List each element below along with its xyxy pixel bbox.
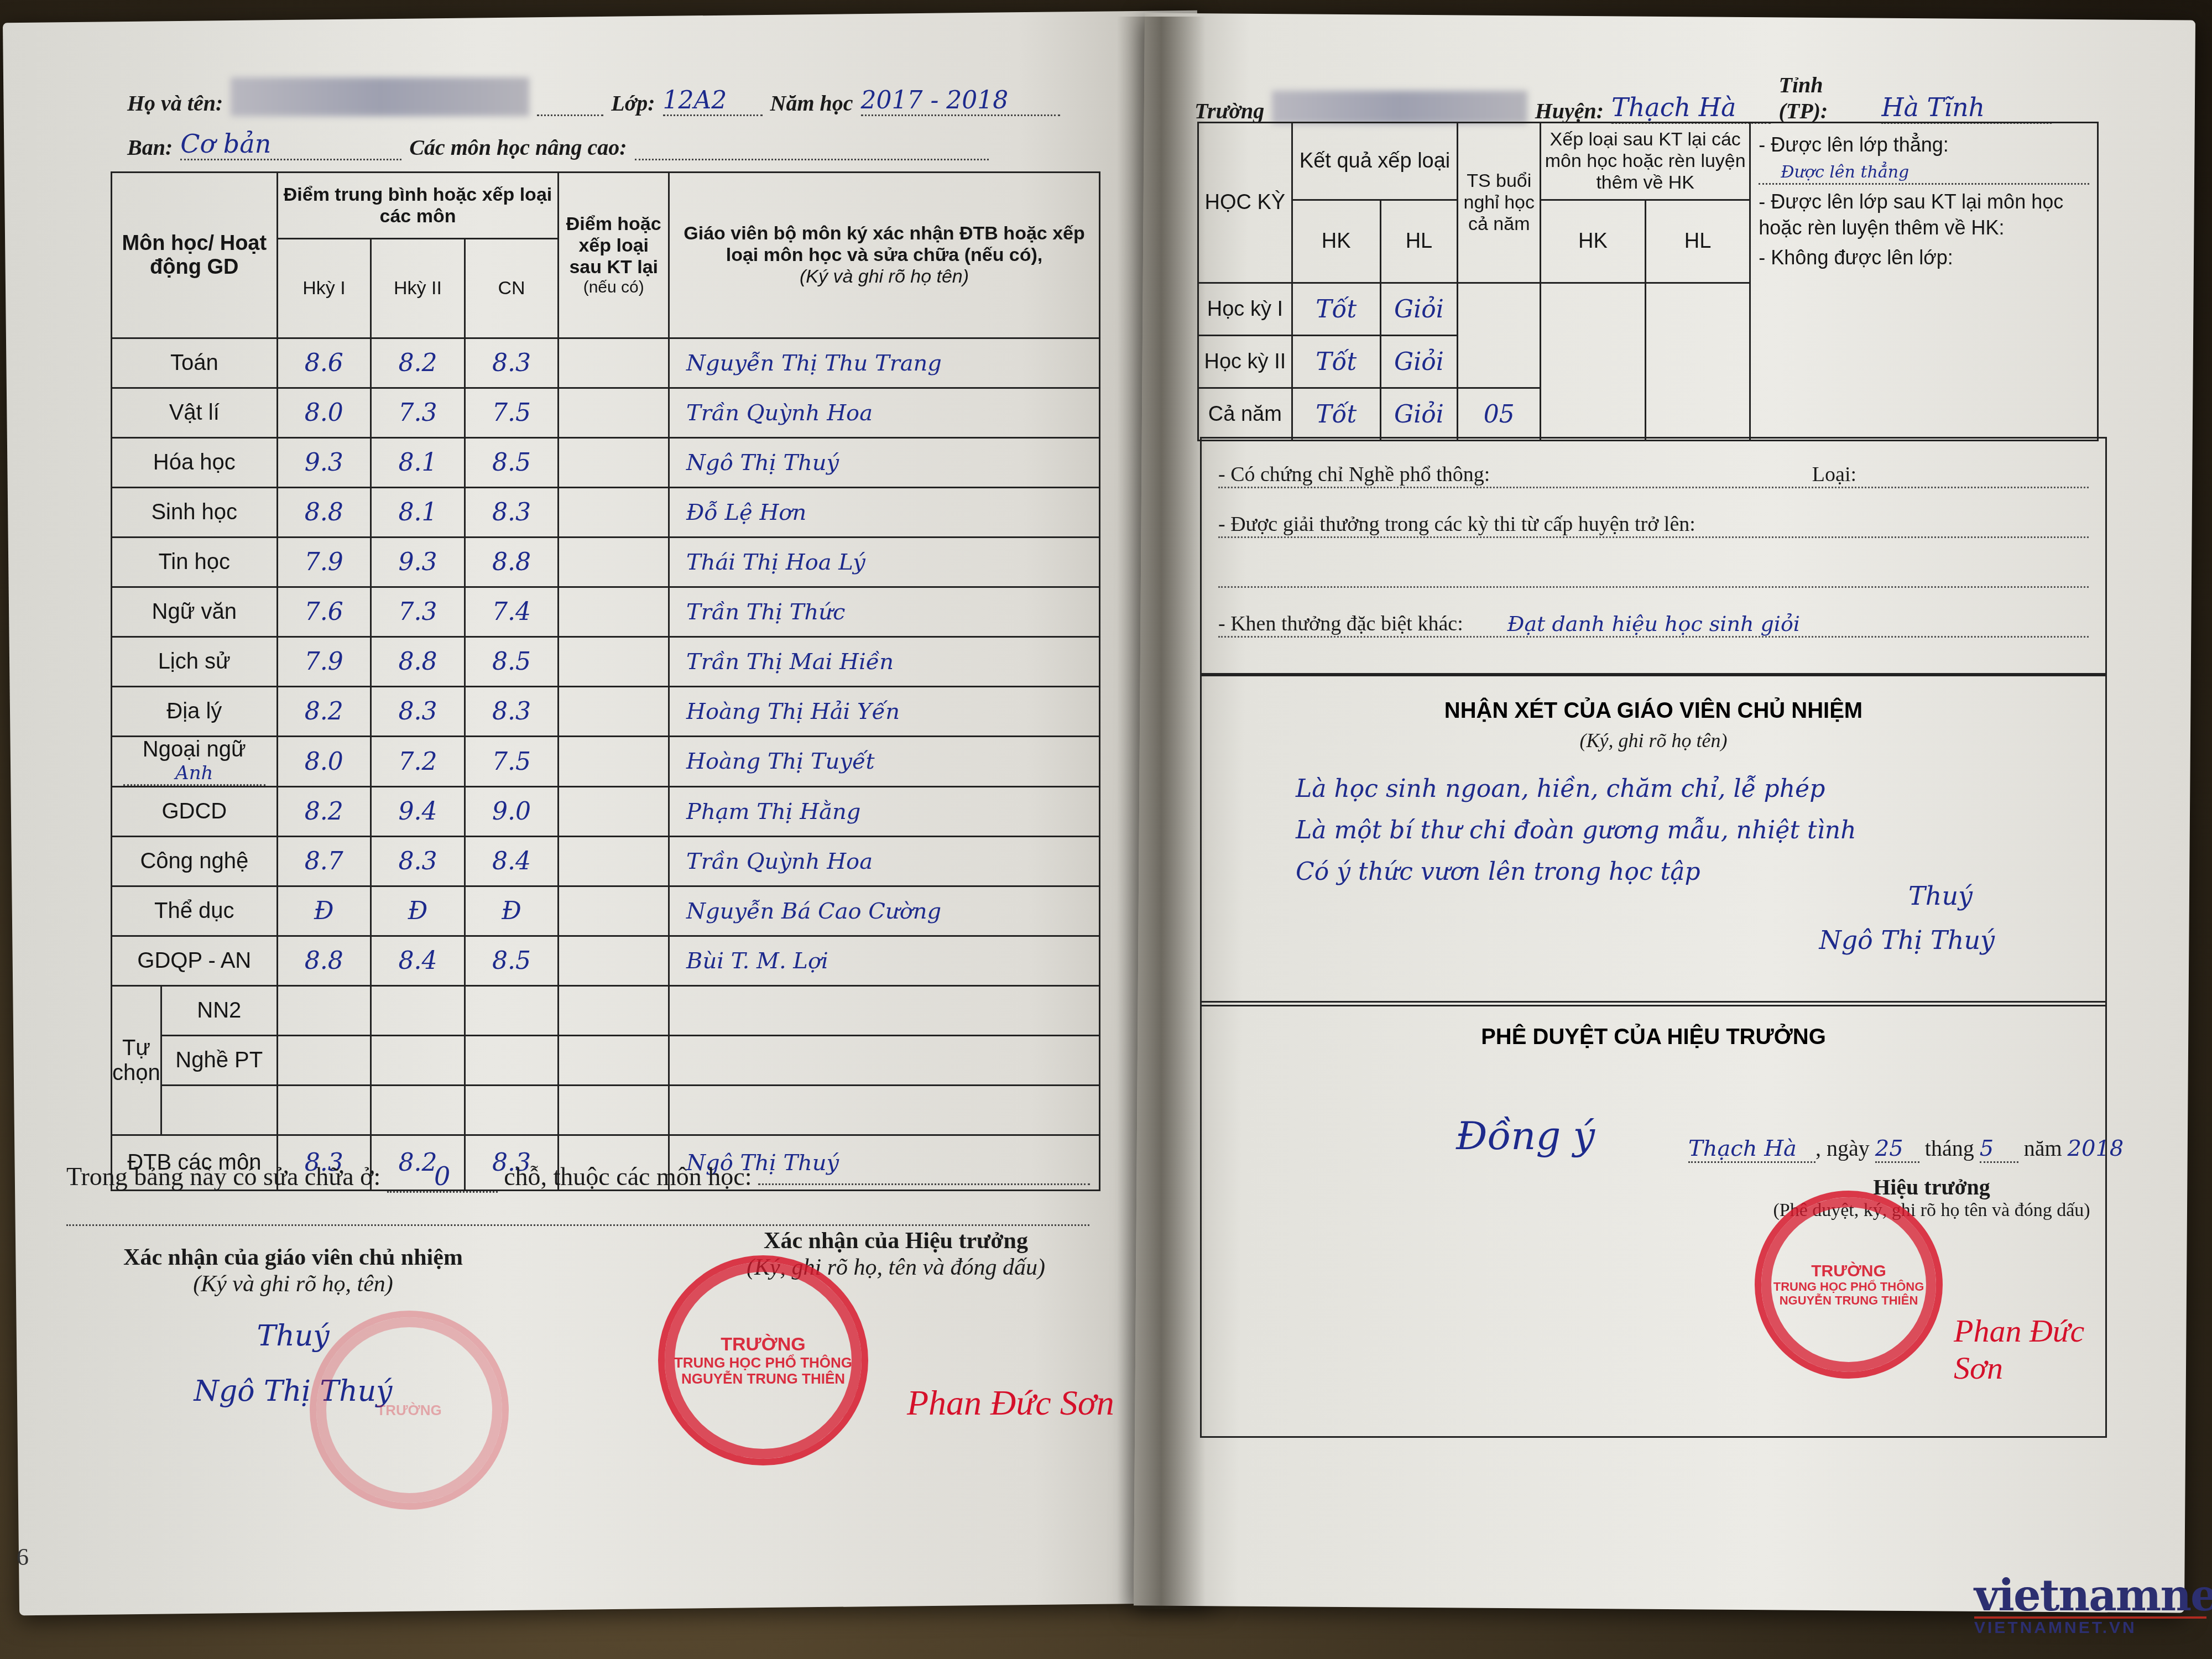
subject-cell: Ngoại ngữ Anh <box>112 737 278 787</box>
year-value: 2017 - 2018 <box>861 86 1060 116</box>
elective-subject-cell <box>161 1086 277 1135</box>
hk1-cell: 9.3 <box>277 438 371 488</box>
province-label: Tỉnh (TP): <box>1778 72 1874 124</box>
cn-cell: 8.4 <box>465 837 559 886</box>
hk2-cell: 9.3 <box>371 538 465 587</box>
col-header-absent: TS buổi nghỉ học cả năm <box>1458 123 1541 283</box>
comment-line: Là học sinh ngoan, hiền, chăm chỉ, lễ ph… <box>1296 769 2105 810</box>
cn-cell: 8.5 <box>465 637 559 687</box>
table-row: Tin học 7.9 9.3 8.8 Thái Thị Hoa Lý <box>112 538 1100 587</box>
advanced-subjects-label: Các môn học nâng cao: <box>409 134 627 160</box>
not-promoted-label: - Không được lên lớp: <box>1759 245 2089 271</box>
retest-cell <box>559 687 669 737</box>
special-award-value: Đạt danh hiệu học sinh giỏi <box>1507 612 1800 636</box>
absent-cell: 05 <box>1458 388 1541 441</box>
district-label: Huyện: <box>1535 98 1604 124</box>
retest-cell <box>559 737 669 787</box>
teacher-signature-cell: Nguyễn Thị Thu Trang <box>669 338 1100 388</box>
approval-year-label: năm <box>2024 1136 2062 1161</box>
approval-place: Thạch Hà <box>1688 1136 1815 1163</box>
name-label: Họ và tên: <box>127 90 223 116</box>
teacher-signature-cell: Trần Thị Mai Hiền <box>669 637 1100 687</box>
name-value-redacted <box>231 77 529 116</box>
elective-subject-cell: Nghề PT <box>161 1036 277 1086</box>
hk2-cell: 8.8 <box>371 637 465 687</box>
stamp-line-1: TRƯỜNG <box>1811 1262 1886 1280</box>
school-label: Trường <box>1194 98 1264 124</box>
hk2-cell: 8.3 <box>371 837 465 886</box>
hk1-cell <box>277 1086 371 1135</box>
hk1-cell: Đ <box>277 886 371 936</box>
class-label: Lớp: <box>611 90 655 116</box>
hk2-cell: 8.2 <box>371 338 465 388</box>
hk1-cell: 8.2 <box>277 687 371 737</box>
promotion-notes: - Được lên lớp thẳng: Được lên thẳng - Đ… <box>1750 123 2098 441</box>
teacher-signature-cell: Hoàng Thị Tuyết <box>669 737 1100 787</box>
hk2-cell: 8.1 <box>371 438 465 488</box>
promoted-label: - Được lên lớp thẳng: <box>1759 132 2089 158</box>
table-row: Ngữ văn 7.6 7.3 7.4 Trần Thị Thức <box>112 587 1100 637</box>
teacher-signature-cell <box>669 986 1100 1036</box>
table-row: Công nghệ 8.7 8.3 8.4 Trần Quỳnh Hoa <box>112 837 1100 886</box>
table-row: Ngoại ngữ Anh 8.0 7.2 7.5 Hoàng Thị Tuyế… <box>112 737 1100 787</box>
retest-hl-cell <box>1645 283 1750 441</box>
hk1-cell: 8.7 <box>277 837 371 886</box>
col-header-retest-hl: HL <box>1645 200 1750 283</box>
right-page-header: Trường Huyện: Thạch Hà Tỉnh (TP): Hà Tĩn… <box>1194 72 2052 124</box>
col-header-retest-note: (nếu có) <box>562 278 665 297</box>
stamp-line: TRƯỜNG <box>377 1402 441 1418</box>
hk2-cell: 8.4 <box>371 936 465 986</box>
cn-cell: 8.3 <box>465 488 559 538</box>
retest-cell <box>559 1086 669 1135</box>
certificate-label: - Có chứng chỉ Nghề phổ thông: <box>1218 462 1490 487</box>
year-label: Năm học <box>770 90 853 116</box>
district-value: Thạch Hà <box>1611 92 1771 124</box>
table-row: Vật lí 8.0 7.3 7.5 Trần Quỳnh Hoa <box>112 388 1100 438</box>
cn-cell: 9.0 <box>465 787 559 837</box>
advanced-subjects-value <box>635 159 989 160</box>
retest-cell <box>559 986 669 1036</box>
cn-cell: 8.3 <box>465 687 559 737</box>
name-dots <box>537 114 603 116</box>
stamp-line-1: TRƯỜNG <box>721 1334 806 1355</box>
school-value-redacted <box>1272 91 1527 124</box>
principal-name-stamp: Phan Đức Sơn <box>907 1383 1114 1423</box>
retest-cell <box>559 886 669 936</box>
subject-cell: GDQP - AN <box>112 936 278 986</box>
cn-cell <box>465 986 559 1036</box>
teacher-signature-cell <box>669 1036 1100 1086</box>
retest-cell <box>559 1036 669 1086</box>
extras-section: - Có chứng chỉ Nghề phổ thông: Loại: - Đ… <box>1200 437 2107 675</box>
hl-cell: Giỏi <box>1380 283 1458 336</box>
col-header-subject: Môn học/ Hoạt động GD <box>112 173 278 338</box>
col-header-result: Kết quả xếp loại <box>1292 123 1458 200</box>
hk1-cell: 8.0 <box>277 737 371 787</box>
homeroom-comment-title: NHẬN XÉT CỦA GIÁO VIÊN CHỦ NHIỆM <box>1202 698 2105 723</box>
homeroom-comment-section: NHẬN XÉT CỦA GIÁO VIÊN CHỦ NHIỆM (Ký, gh… <box>1200 675 2107 1006</box>
subject-cell: Vật lí <box>112 388 278 438</box>
hk1-cell: 7.9 <box>277 538 371 587</box>
retest-cell <box>559 338 669 388</box>
approval-decision: Đồng ý <box>1456 1113 1595 1159</box>
hk-cell: Tốt <box>1292 336 1380 388</box>
elective-row: Nghề PT <box>112 1036 1100 1086</box>
table-row: GDCD 8.2 9.4 9.0 Phạm Thị Hằng <box>112 787 1100 837</box>
promoted-value: Được lên thẳng <box>1759 161 2089 185</box>
teacher-signature-cell: Trần Thị Thức <box>669 587 1100 637</box>
subject-cell: Tin học <box>112 538 278 587</box>
ranking-table: HỌC KỲ Kết quả xếp loại TS buổi nghỉ học… <box>1197 122 2099 441</box>
approval-date-line: Thạch Hà, ngày 25 tháng 5 năm 2018 <box>1688 1135 2124 1163</box>
col-header-term: HỌC KỲ <box>1198 123 1292 283</box>
principal-name-stamp-right: Phan Đức Sơn <box>1954 1312 2105 1386</box>
retest-cell <box>559 837 669 886</box>
subject-cell: Lịch sử <box>112 637 278 687</box>
hk1-cell: 7.9 <box>277 637 371 687</box>
hk-cell: Tốt <box>1292 283 1380 336</box>
hk1-cell: 8.6 <box>277 338 371 388</box>
table-row: Toán 8.6 8.2 8.3 Nguyễn Thị Thu Trang <box>112 338 1100 388</box>
retest-cell <box>559 488 669 538</box>
elective-row <box>112 1086 1100 1135</box>
elective-subject-cell: NN2 <box>161 986 277 1036</box>
teacher-signature-cell: Phạm Thị Hằng <box>669 787 1100 837</box>
hk2-cell: 7.3 <box>371 388 465 438</box>
hk1-cell: 8.8 <box>277 936 371 986</box>
cn-cell: 8.3 <box>465 338 559 388</box>
homeroom-comment-body: Là học sinh ngoan, hiền, chăm chỉ, lễ ph… <box>1296 769 2105 893</box>
term-cell: Học kỳ I <box>1198 283 1292 336</box>
table-row: Hóa học 9.3 8.1 8.5 Ngô Thị Thuý <box>112 438 1100 488</box>
col-header-teacher: Giáo viên bộ môn ký xác nhận ĐTB hoặc xế… <box>669 173 1100 338</box>
certificate-type-label: Loại: <box>1812 462 1856 487</box>
retest-cell <box>559 538 669 587</box>
subject-cell: Địa lý <box>112 687 278 737</box>
comment-line: Là một bí thư chi đoàn gương mẫu, nhiệt … <box>1296 810 2105 852</box>
approval-day-label: , ngày <box>1815 1136 1870 1161</box>
hk-cell: Tốt <box>1292 388 1380 441</box>
hk2-cell <box>371 986 465 1036</box>
col-header-retest-label: Điểm hoặc xếp loại sau KT lại <box>562 213 665 278</box>
homeroom-confirm-title: Xác nhận của giáo viên chủ nhiệm <box>100 1244 487 1271</box>
left-page-header: Họ và tên: Lớp: 12A2 Năm học 2017 - 2018… <box>127 72 1067 160</box>
homeroom-confirm-subtitle: (Ký và ghi rõ họ, tên) <box>100 1271 487 1297</box>
hk2-cell: 7.3 <box>371 587 465 637</box>
stamp-line-3: NGUYỄN TRUNG THIÊN <box>1780 1294 1918 1307</box>
cn-cell: 8.5 <box>465 438 559 488</box>
retest-cell <box>559 787 669 837</box>
teacher-signature-cell: Đỗ Lệ Hơn <box>669 488 1100 538</box>
hk1-cell: 8.8 <box>277 488 371 538</box>
subject-cell: Sinh học <box>112 488 278 538</box>
special-award-label: - Khen thưởng đặc biệt khác: <box>1218 612 1463 636</box>
approval-day: 25 <box>1875 1136 1919 1163</box>
retest-cell <box>559 388 669 438</box>
hk2-cell: 9.4 <box>371 787 465 837</box>
teacher-signature-cell: Trần Quỳnh Hoa <box>669 837 1100 886</box>
hk2-cell <box>371 1086 465 1135</box>
hk1-cell: 8.0 <box>277 388 371 438</box>
correction-line: Trong bảng này có sửa chữa ở: 0 chỗ, thu… <box>66 1161 1117 1226</box>
absent-cell <box>1458 283 1541 388</box>
promoted-after-retest-label: - Được lên lớp sau KT lại môn học hoặc r… <box>1759 189 2089 241</box>
table-row: Lịch sử 7.9 8.8 8.5 Trần Thị Mai Hiền <box>112 637 1100 687</box>
hl-cell: Giỏi <box>1380 336 1458 388</box>
grades-table: Môn học/ Hoạt động GD Điểm trung bình ho… <box>111 171 1100 1191</box>
col-header-cn: CN <box>465 239 559 338</box>
stamp-line-2: TRUNG HỌC PHỔ THÔNG <box>1773 1280 1924 1293</box>
hk2-cell: 7.2 <box>371 737 465 787</box>
table-row: GDQP - AN 8.8 8.4 8.5 Bùi T. M. Lợi <box>112 936 1100 986</box>
approval-year: 2018 <box>2068 1136 2124 1161</box>
elective-group-label: Tự chọn <box>112 986 161 1135</box>
school-stamp-right: TRƯỜNG TRUNG HỌC PHỔ THÔNG NGUYỄN TRUNG … <box>1755 1191 1943 1379</box>
subject-label: Ngoại ngữ <box>112 737 276 762</box>
page-number: 6 <box>17 1543 29 1571</box>
hk1-cell <box>277 1036 371 1086</box>
subject-cell: Công nghệ <box>112 837 278 886</box>
retest-cell <box>559 587 669 637</box>
homeroom-comment-subtitle: (Ký, ghi rõ họ tên) <box>1202 729 2105 752</box>
retest-cell <box>559 637 669 687</box>
cn-cell: 8.5 <box>465 936 559 986</box>
col-header-teacher-note: (Ký và ghi rõ họ tên) <box>673 266 1095 288</box>
subject-cell: Thể dục <box>112 886 278 936</box>
faded-stamp: TRƯỜNG <box>310 1311 509 1510</box>
correction-subjects-value <box>758 1183 1090 1185</box>
approval-month: 5 <box>1980 1136 2018 1163</box>
class-value: 12A2 <box>663 86 763 116</box>
principal-confirm-title: Xác nhận của Hiệu trưởng <box>708 1228 1084 1254</box>
cn-cell <box>465 1086 559 1135</box>
principal-approval-section: PHÊ DUYỆT CỦA HIỆU TRƯỞNG Đồng ý Thạch H… <box>1200 1001 2107 1438</box>
stamp-line-3: NGUYỄN TRUNG THIÊN <box>681 1371 845 1387</box>
hl-cell: Giỏi <box>1380 388 1458 441</box>
teacher-signature-cell: Trần Quỳnh Hoa <box>669 388 1100 438</box>
subject-language-note: Anh <box>123 762 265 786</box>
col-header-avg-group: Điểm trung bình hoặc xếp loại các môn <box>277 173 559 239</box>
col-header-hk2: Hkỳ II <box>371 239 465 338</box>
subject-cell: Toán <box>112 338 278 388</box>
cn-cell <box>465 1036 559 1086</box>
homeroom-comment-name: Ngô Thị Thuý <box>1819 925 1995 955</box>
hk2-cell: Đ <box>371 886 465 936</box>
retest-cell <box>559 438 669 488</box>
correction-subjects-label: chỗ, thuộc các môn học: <box>504 1162 752 1191</box>
ban-value: Cơ bản <box>180 129 401 160</box>
correction-extra-line <box>66 1193 1089 1226</box>
hk1-cell <box>277 986 371 1036</box>
hk1-cell: 8.2 <box>277 787 371 837</box>
table-row: Thể dục Đ Đ Đ Nguyễn Bá Cao Cường <box>112 886 1100 936</box>
province-value: Hà Tĩnh <box>1881 92 2052 124</box>
col-header-hl: HL <box>1380 200 1458 283</box>
award-extra-line <box>1218 549 2089 588</box>
col-header-hk1: Hkỳ I <box>277 239 371 338</box>
col-header-after-retest: Xếp loại sau KT lại các môn học hoặc rèn… <box>1541 123 1750 200</box>
approval-role: Hiệu trưởng <box>1755 1174 2109 1200</box>
teacher-signature-cell: Hoàng Thị Hải Yến <box>669 687 1100 737</box>
watermark-logo: vietnamnet <box>1974 1571 2206 1621</box>
cn-cell: 7.5 <box>465 737 559 787</box>
teacher-signature-cell: Bùi T. M. Lợi <box>669 936 1100 986</box>
cn-cell: 7.4 <box>465 587 559 637</box>
col-header-teacher-label: Giáo viên bộ môn ký xác nhận ĐTB hoặc xế… <box>673 223 1095 266</box>
teacher-signature-cell: Thái Thị Hoa Lý <box>669 538 1100 587</box>
special-award-line: - Khen thưởng đặc biệt khác: Đạt danh hi… <box>1218 599 2089 638</box>
term-cell: Cả năm <box>1198 388 1292 441</box>
school-stamp: TRƯỜNG TRUNG HỌC PHỔ THÔNG NGUYỄN TRUNG … <box>658 1255 868 1465</box>
hk2-cell <box>371 1036 465 1086</box>
term-cell: Học kỳ II <box>1198 336 1292 388</box>
col-header-retest-hk: HK <box>1541 200 1646 283</box>
hk1-cell: 7.6 <box>277 587 371 637</box>
cn-cell: 7.5 <box>465 388 559 438</box>
subject-cell: Ngữ văn <box>112 587 278 637</box>
table-row: Sinh học 8.8 8.1 8.3 Đỗ Lệ Hơn <box>112 488 1100 538</box>
cn-cell: 8.8 <box>465 538 559 587</box>
correction-label: Trong bảng này có sửa chữa ở: <box>66 1162 380 1191</box>
comment-line: Có ý thức vươn lên trong học tập <box>1296 852 2105 893</box>
correction-count: 0 <box>387 1161 498 1193</box>
table-row: Địa lý 8.2 8.3 8.3 Hoàng Thị Hải Yến <box>112 687 1100 737</box>
ban-label: Ban: <box>127 134 173 160</box>
award-label: - Được giải thưởng trong các kỳ thi từ c… <box>1218 512 1695 536</box>
retest-cell <box>559 936 669 986</box>
principal-approval-title: PHÊ DUYỆT CỦA HIỆU TRƯỞNG <box>1202 1025 2105 1050</box>
hk2-cell: 8.1 <box>371 488 465 538</box>
col-header-retest: Điểm hoặc xếp loại sau KT lại (nếu có) <box>559 173 669 338</box>
hk2-cell: 8.3 <box>371 687 465 737</box>
retest-hk-cell <box>1541 283 1646 441</box>
teacher-signature-cell: Ngô Thị Thuý <box>669 438 1100 488</box>
approval-month-label: tháng <box>1925 1136 1974 1161</box>
certificate-line: - Có chứng chỉ Nghề phổ thông: Loại: <box>1218 450 2089 488</box>
subject-cell: GDCD <box>112 787 278 837</box>
col-header-hk: HK <box>1292 200 1380 283</box>
elective-row: Tự chọn NN2 <box>112 986 1100 1036</box>
homeroom-comment-signature: Thuý <box>1908 881 1973 911</box>
stamp-line-2: TRUNG HỌC PHỔ THÔNG <box>674 1355 852 1371</box>
subject-cell: Hóa học <box>112 438 278 488</box>
vietnamnet-watermark: vietnamnet VIETNAMNET.VN <box>1974 1571 2206 1648</box>
teacher-signature-cell: Nguyễn Bá Cao Cường <box>669 886 1100 936</box>
cn-cell: Đ <box>465 886 559 936</box>
teacher-signature-cell <box>669 1086 1100 1135</box>
award-line: - Được giải thưởng trong các kỳ thi từ c… <box>1218 499 2089 538</box>
